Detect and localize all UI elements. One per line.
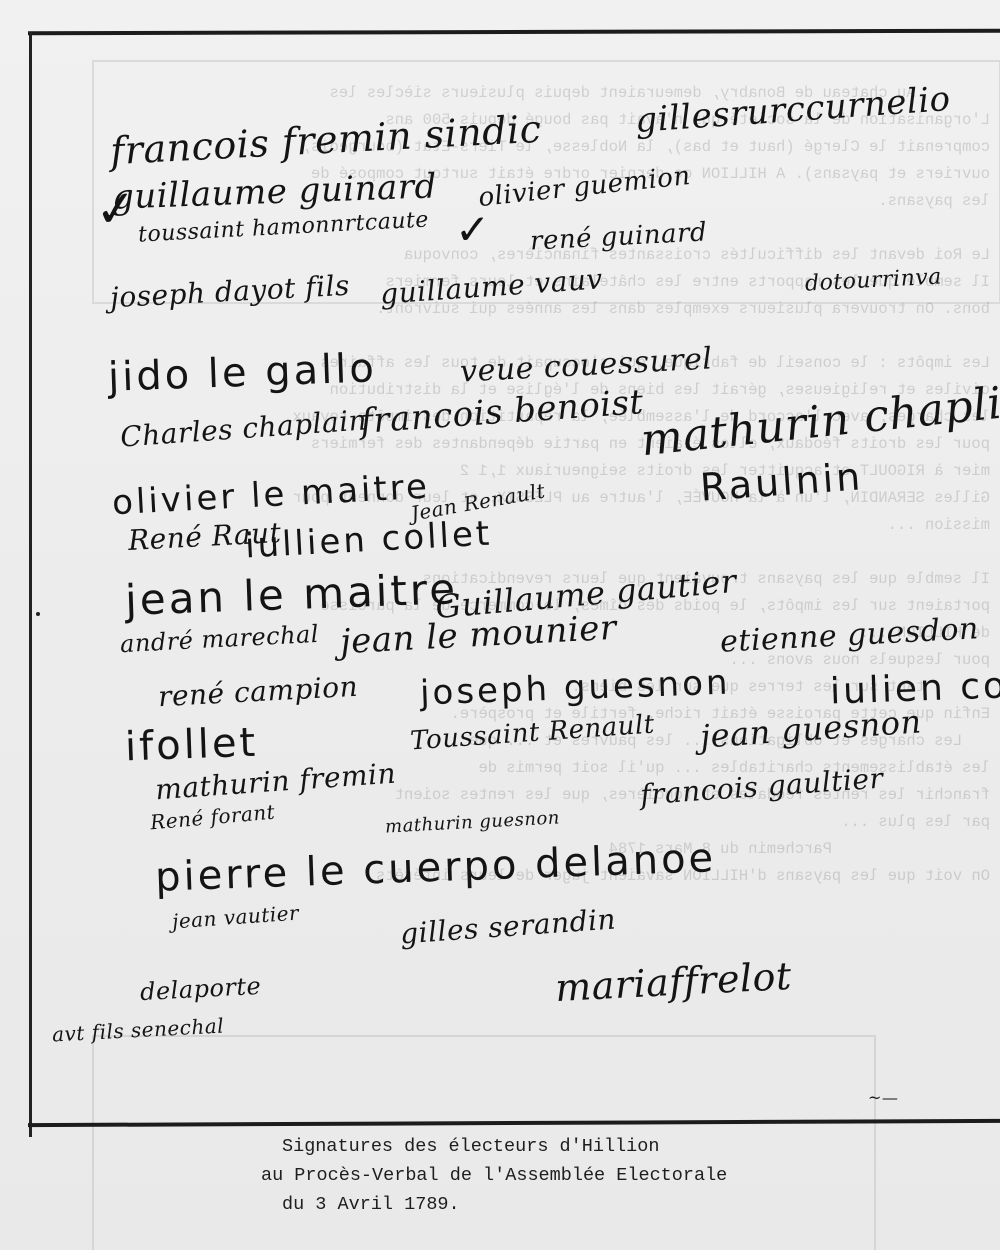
signature: mathurin chaplin: [638, 375, 1000, 467]
signature: ifollet: [124, 720, 259, 771]
signature: joseph guesnon: [419, 663, 731, 714]
ink-flourish: ~—: [868, 1088, 898, 1107]
signature: mathurin guesnon: [385, 807, 561, 837]
signature: etienne guesdon: [719, 611, 979, 659]
signature: jean guesnon: [699, 702, 923, 755]
signature: Toussaint Renault: [409, 709, 655, 756]
signature: jean vautier: [171, 901, 300, 934]
signature: olivier le maitre: [111, 467, 431, 524]
signature: mariaffrelot: [554, 954, 793, 1010]
signature: Charles chaplain: [119, 403, 368, 453]
signature: rené campion: [157, 670, 359, 713]
top-border-rule: [28, 29, 1000, 36]
scanned-page: Au chateau de Bonabry, demeuraient depui…: [0, 0, 1000, 1250]
signature: jido le gallo: [107, 345, 377, 400]
caption-line-2: au Procès-Verbal de l'Assemblée Electora…: [261, 1161, 727, 1190]
left-border-rule: [29, 32, 32, 1137]
caption-line-1: Signatures des électeurs d'Hillion: [282, 1132, 727, 1161]
signature: veue couessurel: [459, 341, 713, 389]
signature: Raulnin: [699, 454, 865, 509]
signature: francois gaultier: [639, 762, 884, 812]
signature: andré marechal: [119, 620, 319, 658]
caption-line-3: du 3 Avril 1789.: [282, 1190, 727, 1219]
signature: iullien collet: [244, 514, 493, 567]
signature: delaporte: [139, 972, 261, 1006]
signature: gilles serandin: [399, 903, 617, 951]
signature: francois benoist: [359, 382, 645, 442]
signature: pierre le cuerpo delanoe: [154, 835, 716, 901]
ink-spot: [36, 612, 40, 616]
check-mark-icon: ✓: [93, 178, 140, 239]
check-mark-icon: ✓: [455, 205, 490, 254]
signature: jean le maitre: [124, 564, 459, 625]
signature: jean le mounier: [339, 608, 617, 662]
caption: Signatures des électeurs d'Hillion au Pr…: [282, 1132, 727, 1219]
